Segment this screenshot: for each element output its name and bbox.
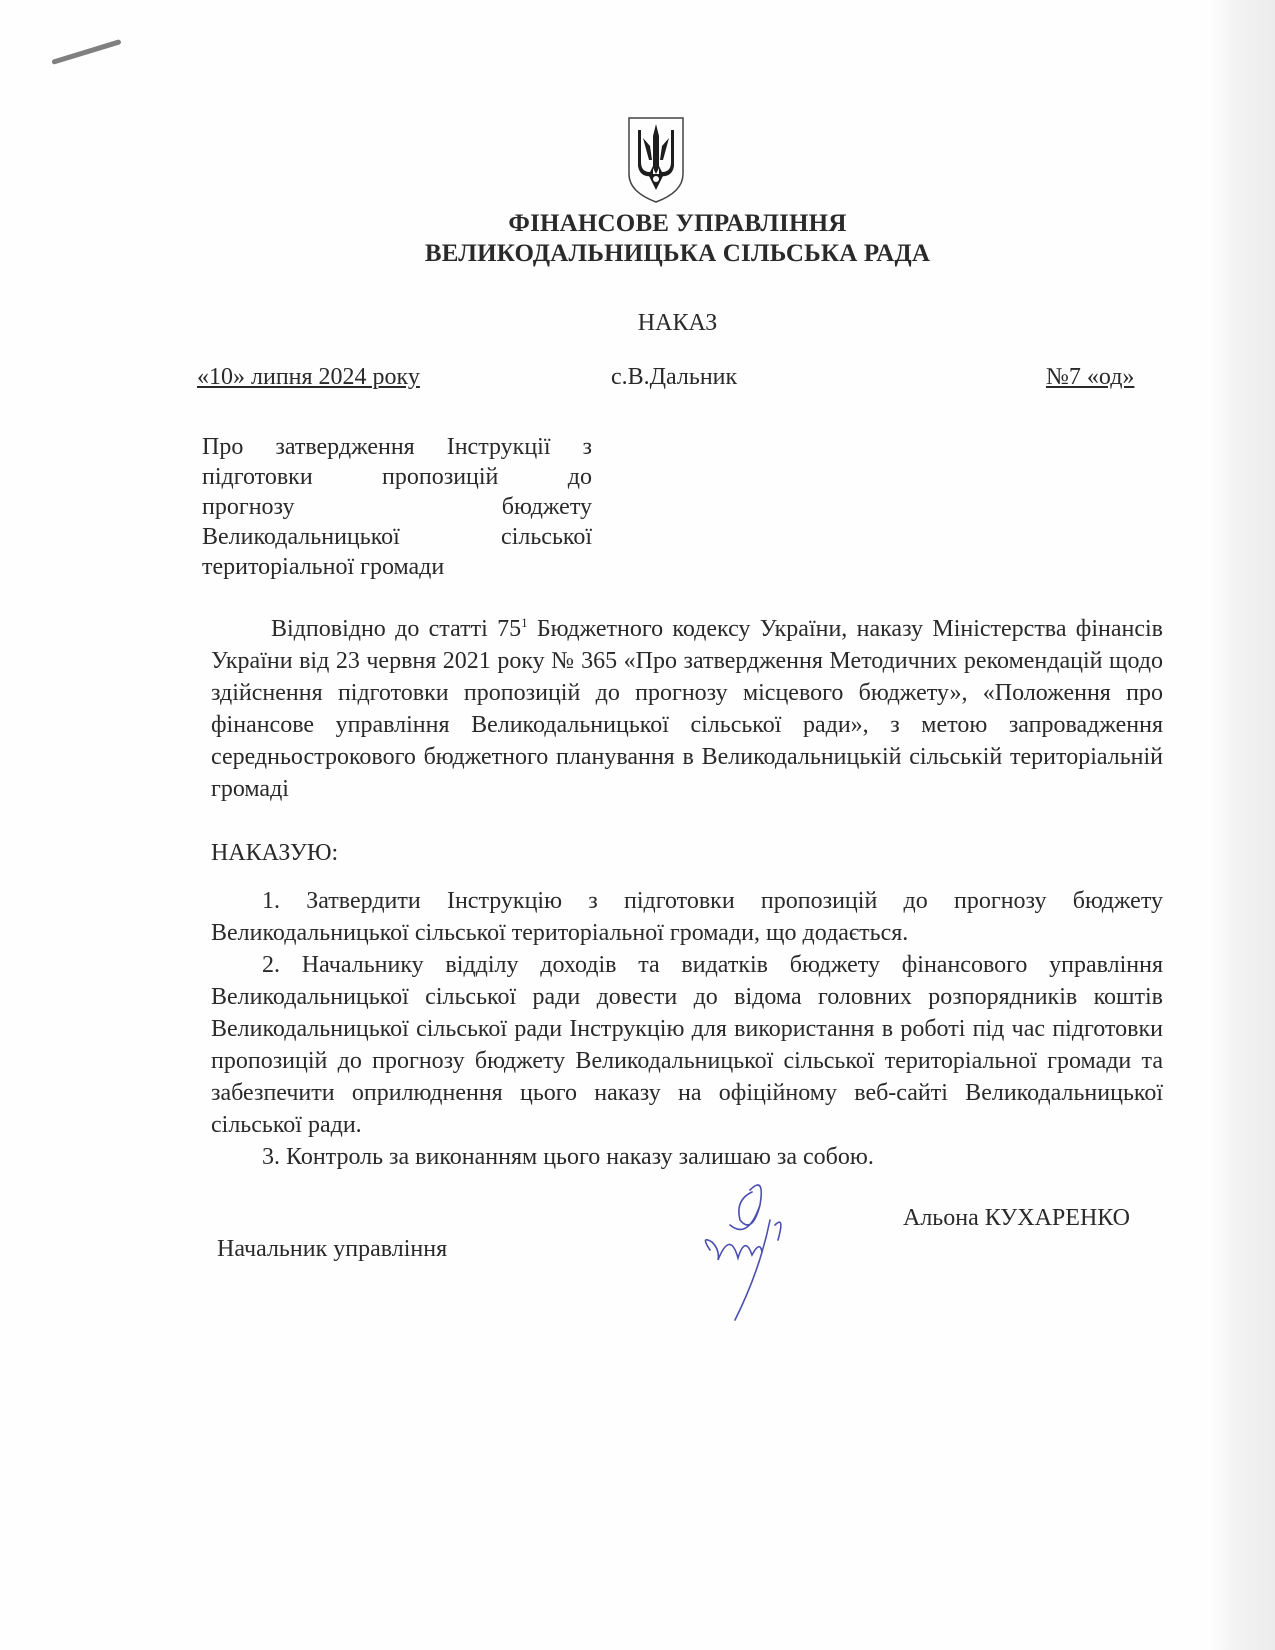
document-place: с.В.Дальник: [611, 364, 737, 391]
subject-line: Про затвердження Інструкції з: [202, 432, 592, 462]
handwritten-signature-icon: [690, 1180, 820, 1330]
subject-line: територіальної громади: [202, 552, 592, 582]
ordering-word: НАКАЗУЮ:: [211, 840, 338, 867]
trident-emblem-icon: [626, 116, 686, 204]
document-subject: Про затвердження Інструкції з підготовки…: [202, 432, 592, 582]
signatory-title: Начальник управління: [217, 1236, 447, 1263]
preamble-paragraph: Відповідно до статті 751 Бюджетного коде…: [211, 613, 1163, 805]
scan-artifact-mark: [51, 39, 121, 65]
order-item-1: 1. Затвердити Інструкцію з підготовки пр…: [211, 885, 1163, 949]
preamble-text-start: Відповідно до статті 75: [271, 616, 521, 642]
org-title-line-1: ФІНАНСОВЕ УПРАВЛІННЯ: [40, 210, 1275, 238]
order-items: 1. Затвердити Інструкцію з підготовки пр…: [211, 885, 1163, 1173]
signatory-name: Альона КУХАРЕНКО: [903, 1205, 1130, 1232]
preamble-text-rest: Бюджетного кодексу України, наказу Мініс…: [211, 616, 1163, 802]
subject-line: прогнозу бюджету: [202, 492, 592, 522]
document-number: №7 «од»: [1046, 364, 1134, 391]
subject-line: підготовки пропозицій до: [202, 462, 592, 492]
order-item-3: 3. Контроль за виконанням цього наказу з…: [211, 1141, 1163, 1173]
org-title-line-2: ВЕЛИКОДАЛЬНИЦЬКА СІЛЬСЬКА РАДА: [40, 240, 1275, 268]
document-page: ФІНАНСОВЕ УПРАВЛІННЯ ВЕЛИКОДАЛЬНИЦЬКА СІ…: [0, 0, 1275, 1650]
order-item-2: 2. Начальнику відділу доходів та видаткі…: [211, 949, 1163, 1141]
document-type-heading: НАКАЗ: [40, 310, 1275, 337]
subject-line: Великодальницької сільської: [202, 522, 592, 552]
document-date: «10» липня 2024 року: [197, 364, 420, 391]
